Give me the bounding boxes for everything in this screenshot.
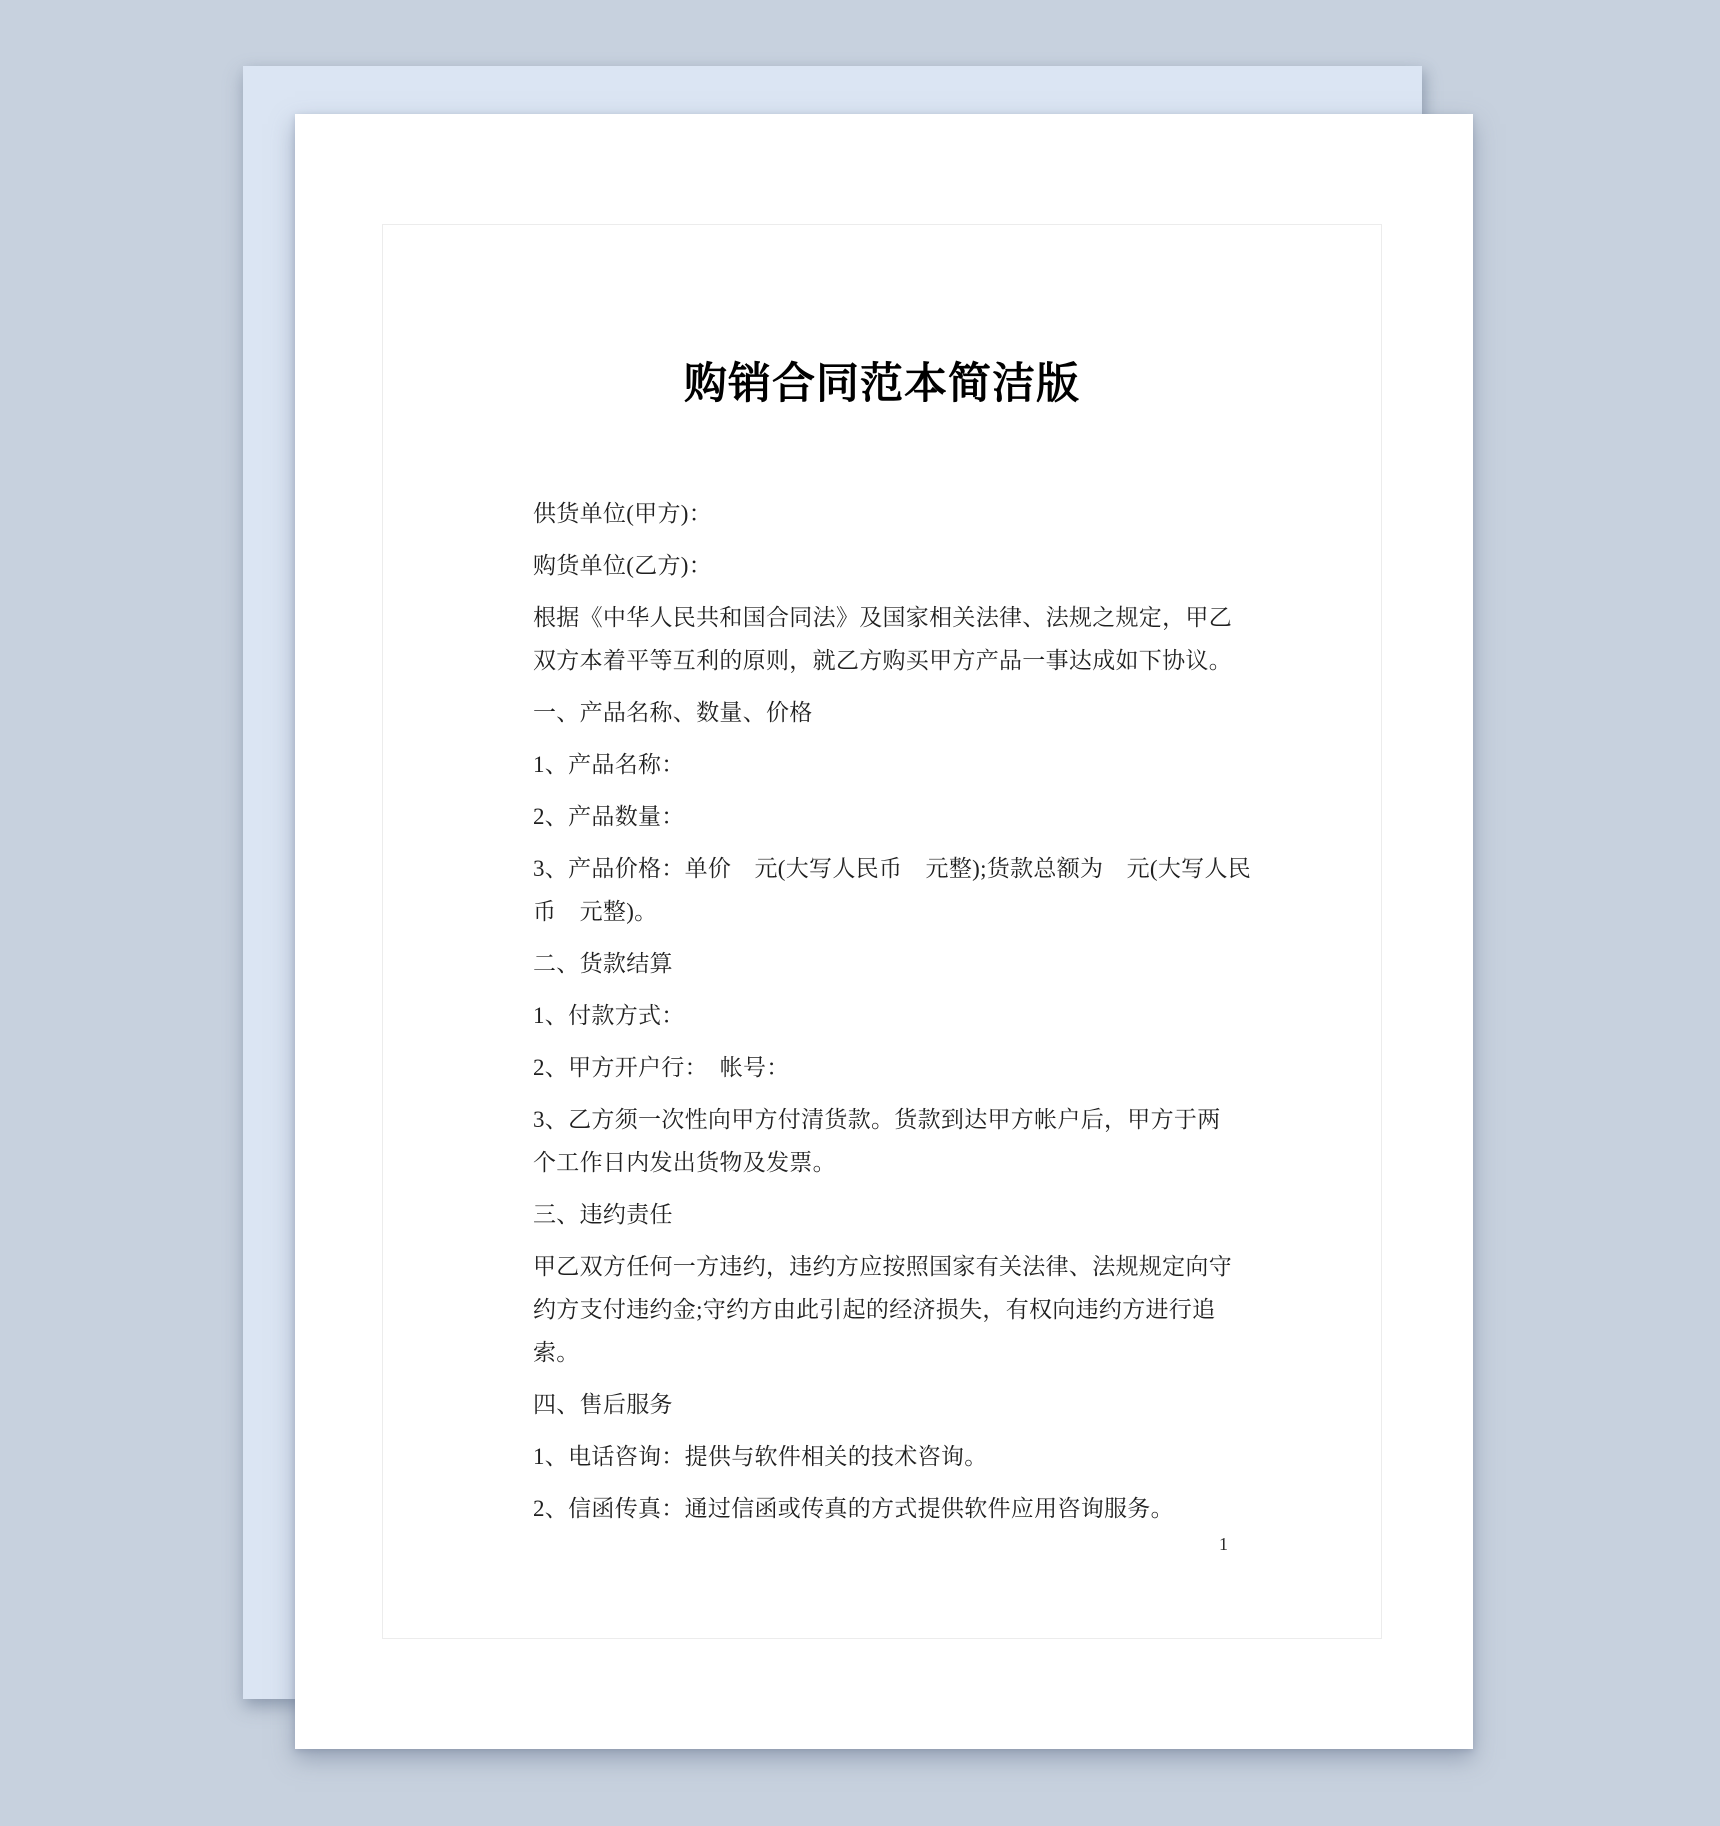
document-title: 购销合同范本简洁版 xyxy=(383,359,1381,411)
paragraph: 购货单位(乙方)： xyxy=(533,544,1234,587)
paragraph: 二、货款结算 xyxy=(533,942,1234,985)
paragraph: 2、产品数量： xyxy=(533,795,1234,838)
paragraph: 根据《中华人民共和国合同法》及国家相关法律、法规之规定，甲乙双方本着平等互利的原… xyxy=(533,596,1234,682)
paragraph: 四、售后服务 xyxy=(533,1383,1234,1426)
paragraph-line: 四、售后服务 xyxy=(533,1383,1234,1426)
paragraph-line: 币 元整)。 xyxy=(533,890,1234,933)
page-border-frame: 购销合同范本简洁版 供货单位(甲方)：购货单位(乙方)：根据《中华人民共和国合同… xyxy=(382,224,1382,1639)
document-page: 购销合同范本简洁版 供货单位(甲方)：购货单位(乙方)：根据《中华人民共和国合同… xyxy=(295,114,1473,1749)
paragraph: 1、产品名称： xyxy=(533,743,1234,786)
paragraph-line: 2、甲方开户行： 帐号： xyxy=(533,1046,1234,1089)
paragraph: 甲乙双方任何一方违约，违约方应按照国家有关法律、法规规定向守约方支付违约金;守约… xyxy=(533,1245,1234,1374)
paragraph: 1、电话咨询：提供与软件相关的技术咨询。 xyxy=(533,1435,1234,1478)
paragraph: 3、乙方须一次性向甲方付清货款。货款到达甲方帐户后，甲方于两个工作日内发出货物及… xyxy=(533,1098,1234,1184)
paragraph-line: 3、产品价格：单价 元(大写人民币 元整);货款总额为 元(大写人民 xyxy=(533,847,1234,890)
paragraph-line: 双方本着平等互利的原则，就乙方购买甲方产品一事达成如下协议。 xyxy=(533,639,1234,682)
paragraph-line: 索。 xyxy=(533,1331,1234,1374)
paragraph: 1、付款方式： xyxy=(533,994,1234,1037)
paragraph-line: 二、货款结算 xyxy=(533,942,1234,985)
paragraph: 2、信函传真：通过信函或传真的方式提供软件应用咨询服务。 xyxy=(533,1487,1234,1530)
paragraph-line: 购货单位(乙方)： xyxy=(533,544,1234,587)
paragraph-line: 供货单位(甲方)： xyxy=(533,492,1234,535)
paragraph: 供货单位(甲方)： xyxy=(533,492,1234,535)
paragraph-line: 2、信函传真：通过信函或传真的方式提供软件应用咨询服务。 xyxy=(533,1487,1234,1530)
paragraph-line: 个工作日内发出货物及发票。 xyxy=(533,1141,1234,1184)
paragraph-line: 约方支付违约金;守约方由此引起的经济损失，有权向违约方进行追 xyxy=(533,1288,1234,1331)
paragraph-line: 2、产品数量： xyxy=(533,795,1234,838)
paragraph-line: 1、电话咨询：提供与软件相关的技术咨询。 xyxy=(533,1435,1234,1478)
paragraph-line: 一、产品名称、数量、价格 xyxy=(533,691,1234,734)
paragraph: 三、违约责任 xyxy=(533,1193,1234,1236)
document-body: 供货单位(甲方)：购货单位(乙方)：根据《中华人民共和国合同法》及国家相关法律、… xyxy=(533,492,1234,1539)
paragraph: 3、产品价格：单价 元(大写人民币 元整);货款总额为 元(大写人民币 元整)。 xyxy=(533,847,1234,933)
page-number: 1 xyxy=(1219,1533,1228,1555)
paragraph-line: 三、违约责任 xyxy=(533,1193,1234,1236)
canvas: 购销合同范本简洁版 供货单位(甲方)：购货单位(乙方)：根据《中华人民共和国合同… xyxy=(0,0,1720,1826)
paragraph-line: 1、产品名称： xyxy=(533,743,1234,786)
paragraph-line: 甲乙双方任何一方违约，违约方应按照国家有关法律、法规规定向守 xyxy=(533,1245,1234,1288)
paragraph-line: 根据《中华人民共和国合同法》及国家相关法律、法规之规定，甲乙 xyxy=(533,596,1234,639)
paragraph-line: 3、乙方须一次性向甲方付清货款。货款到达甲方帐户后，甲方于两 xyxy=(533,1098,1234,1141)
paragraph: 2、甲方开户行： 帐号： xyxy=(533,1046,1234,1089)
paragraph-line: 1、付款方式： xyxy=(533,994,1234,1037)
paragraph: 一、产品名称、数量、价格 xyxy=(533,691,1234,734)
